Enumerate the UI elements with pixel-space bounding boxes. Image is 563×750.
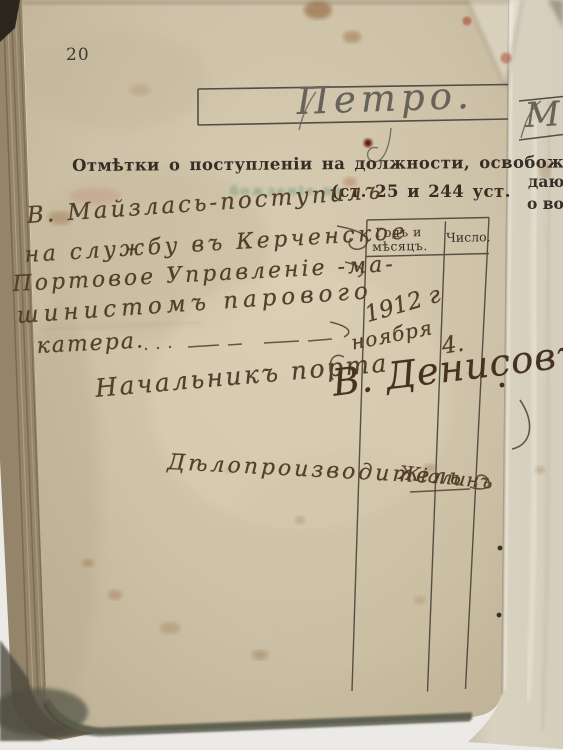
next-page-text-2: о во [527,194,563,213]
heading-line-1: Отмѣтки о поступленіи на должности, осво… [72,153,563,175]
next-page-text-1: даю [528,172,563,191]
name-box-value: Петро. [296,74,474,123]
next-page-name-fragment: М [524,94,561,136]
photo-frame: 20 Петро. М божденіе пт Отмѣтки о поступ… [0,0,563,750]
table-header-day: Число. [446,229,491,245]
page-number: 20 [66,45,90,65]
